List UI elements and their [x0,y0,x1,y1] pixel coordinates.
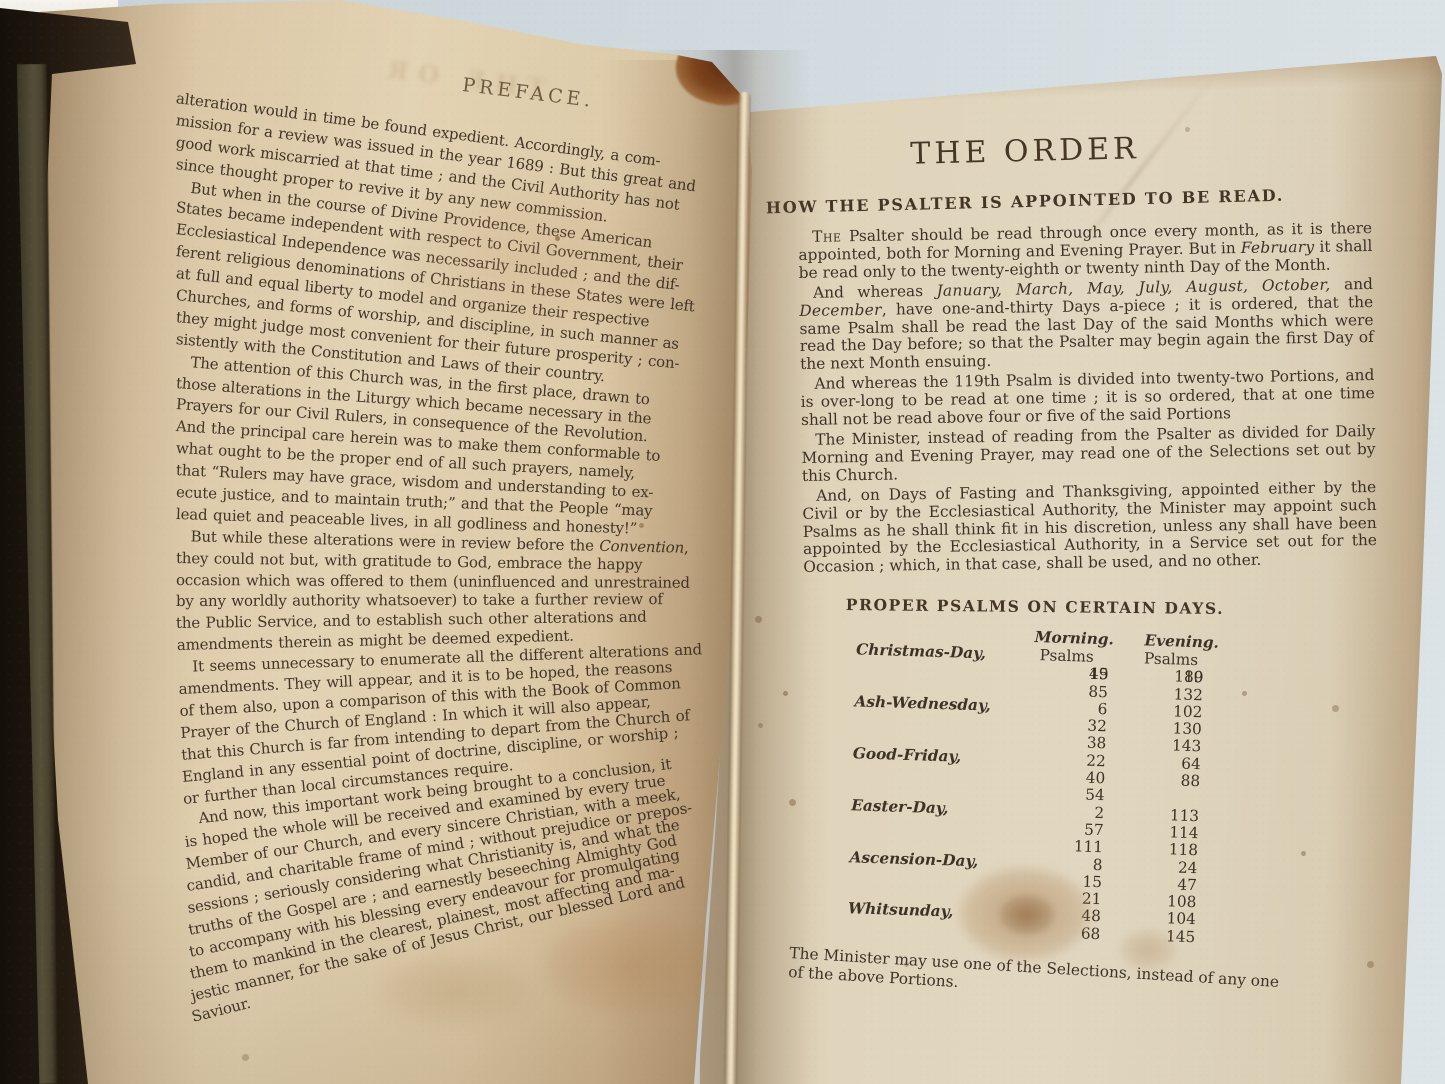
evening-psalm-cell: 145 [1135,927,1250,948]
minister-note: The Minister may use one of the Selectio… [788,944,1385,1017]
paragraph: And whereas January, March, May, July, A… [799,276,1374,375]
paragraph: And whereas the 119th Psalm is divided i… [800,367,1375,430]
paragraph: And, on Days of Fasting and Thanksgiving… [802,479,1377,578]
morning-psalm-cell: 68 [1025,924,1135,945]
paragraph: The Minister, instead of reading from th… [801,423,1376,486]
order-paragraphs: The Psalter should be read through once … [798,220,1377,579]
proper-psalms-heading: PROPER PSALMS ON CERTAIN DAYS. [800,595,1270,619]
left-page: THE OR PREFACE. alteration would in time… [0,0,760,1084]
paragraph: The Psalter should be read through once … [798,220,1373,283]
preface-body: alteration would in time be found expedi… [176,88,728,1029]
book-photo: THE ORDER HOW THE PSALTER IS APPOINTED T… [0,0,1445,1084]
proper-psalms-table: Morning. Evening. Christmas-Day, Psalms … [835,622,1390,952]
table-body: Christmas-Day, Psalms 19 Psalms 89 45 11… [835,641,1389,952]
